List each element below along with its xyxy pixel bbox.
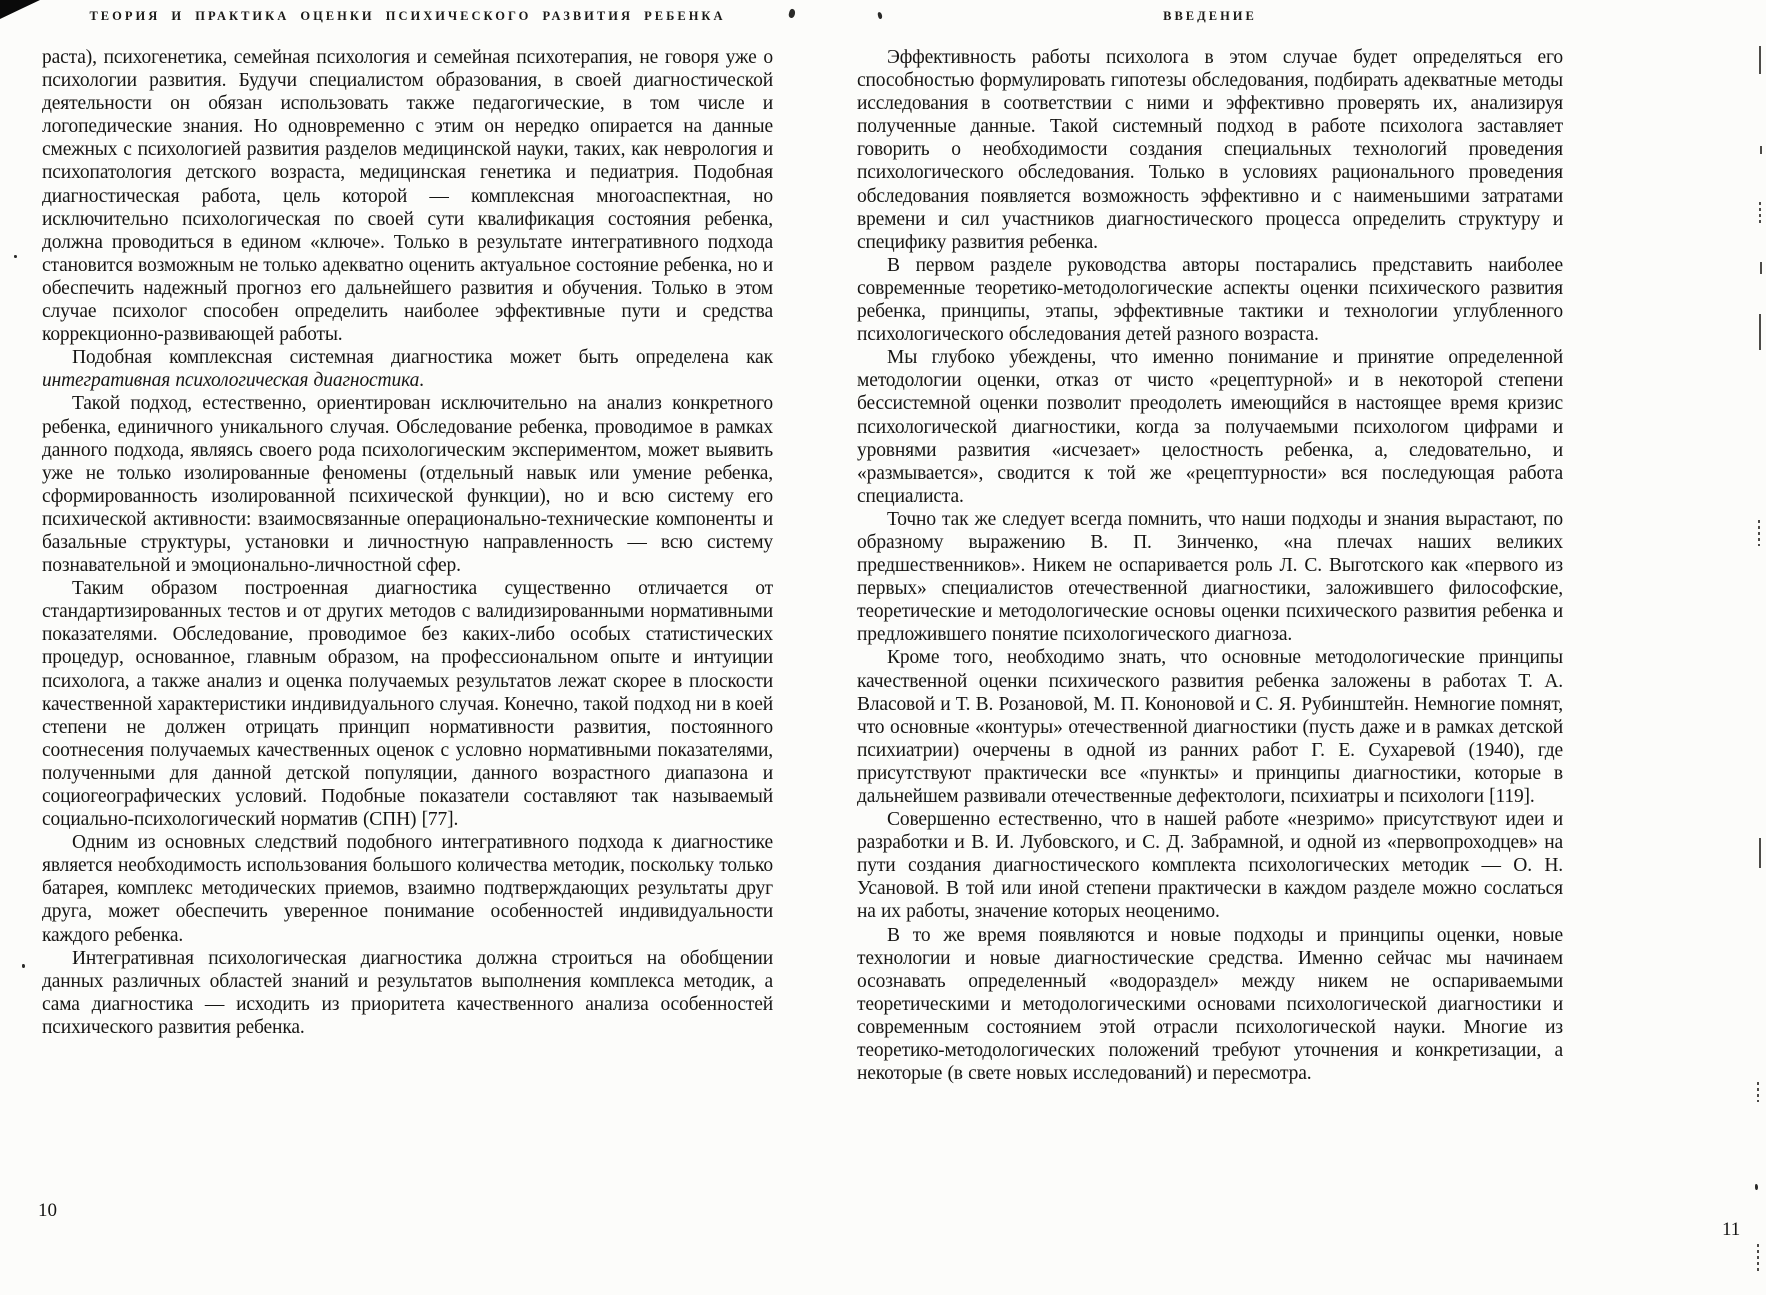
right-page-text: Эффективность работы психолога в этом сл…: [857, 46, 1563, 1085]
scan-margin-mark: [1759, 838, 1761, 868]
scan-speck: [22, 964, 25, 968]
left-running-head: ТЕОРИЯ И ПРАКТИКА ОЦЕНКИ ПСИХИЧЕСКОГО РА…: [42, 9, 773, 25]
left-page-text: раста), психогенетика, семейная психолог…: [42, 46, 773, 1039]
text-run: Одним из основных следствий подобного ин…: [42, 832, 773, 945]
paragraph: В первом разделе руководства авторы пост…: [857, 254, 1563, 346]
emphasized-term: интегративная психологическая диагностик…: [42, 370, 419, 391]
scan-margin-mark: [1759, 314, 1761, 350]
text-run: Такой подход, естественно, ориентирован …: [42, 393, 773, 576]
scan-margin-mark: [1759, 202, 1761, 226]
text-run: Эффективность работы психолога в этом сл…: [857, 47, 1563, 253]
scan-margin-mark: [1757, 1244, 1759, 1272]
scan-margin-mark: [1757, 1082, 1759, 1102]
left-page-number: 10: [38, 1200, 57, 1222]
paragraph: Совершенно естественно, что в нашей рабо…: [857, 808, 1563, 923]
paragraph: Точно так же следует всегда помнить, что…: [857, 508, 1563, 647]
text-run: Мы глубоко убеждены, что именно понимани…: [857, 347, 1563, 507]
paragraph: раста), психогенетика, семейная психолог…: [42, 46, 773, 346]
book-spread-scan: { "left_page": { "header": "ТЕОРИЯ И ПРА…: [0, 0, 1766, 1295]
text-run: .: [419, 370, 424, 391]
scan-margin-mark: [1759, 46, 1761, 74]
paragraph: Интегративная психологическая диагностик…: [42, 947, 773, 1039]
paragraph: Одним из основных следствий подобного ин…: [42, 831, 773, 946]
paragraph: Мы глубоко убеждены, что именно понимани…: [857, 346, 1563, 508]
paragraph: Таким образом построенная диагностика су…: [42, 577, 773, 831]
right-running-head: ВВЕДЕНИЕ: [857, 9, 1563, 25]
paragraph: Эффективность работы психолога в этом сл…: [857, 46, 1563, 254]
right-page-number: 11: [1722, 1219, 1740, 1241]
text-run: раста), психогенетика, семейная психолог…: [42, 47, 773, 345]
paragraph: В то же время появляются и новые подходы…: [857, 924, 1563, 1086]
scan-margin-mark: [1758, 520, 1760, 546]
text-run: В первом разделе руководства авторы пост…: [857, 255, 1563, 345]
text-run: Таким образом построенная диагностика су…: [42, 578, 773, 830]
text-run: Интегративная психологическая диагностик…: [42, 948, 773, 1038]
text-run: Совершенно естественно, что в нашей рабо…: [857, 809, 1563, 922]
paragraph: Кроме того, необходимо знать, что основн…: [857, 646, 1563, 808]
scan-speck: [788, 8, 796, 18]
scan-speck: [14, 255, 17, 258]
text-run: В то же время появляются и новые подходы…: [857, 925, 1563, 1085]
paragraph: Подобная комплексная системная диагности…: [42, 346, 773, 392]
scan-margin-mark: [1760, 262, 1762, 274]
text-run: Точно так же следует всегда помнить, что…: [857, 509, 1563, 645]
scan-corner-artifact: [0, 0, 40, 19]
scan-speck: [1755, 1184, 1758, 1190]
paragraph: Такой подход, естественно, ориентирован …: [42, 392, 773, 577]
scan-margin-mark: [1760, 146, 1762, 154]
text-run: Кроме того, необходимо знать, что основн…: [857, 647, 1563, 807]
text-run: Подобная комплексная системная диагности…: [72, 347, 773, 368]
